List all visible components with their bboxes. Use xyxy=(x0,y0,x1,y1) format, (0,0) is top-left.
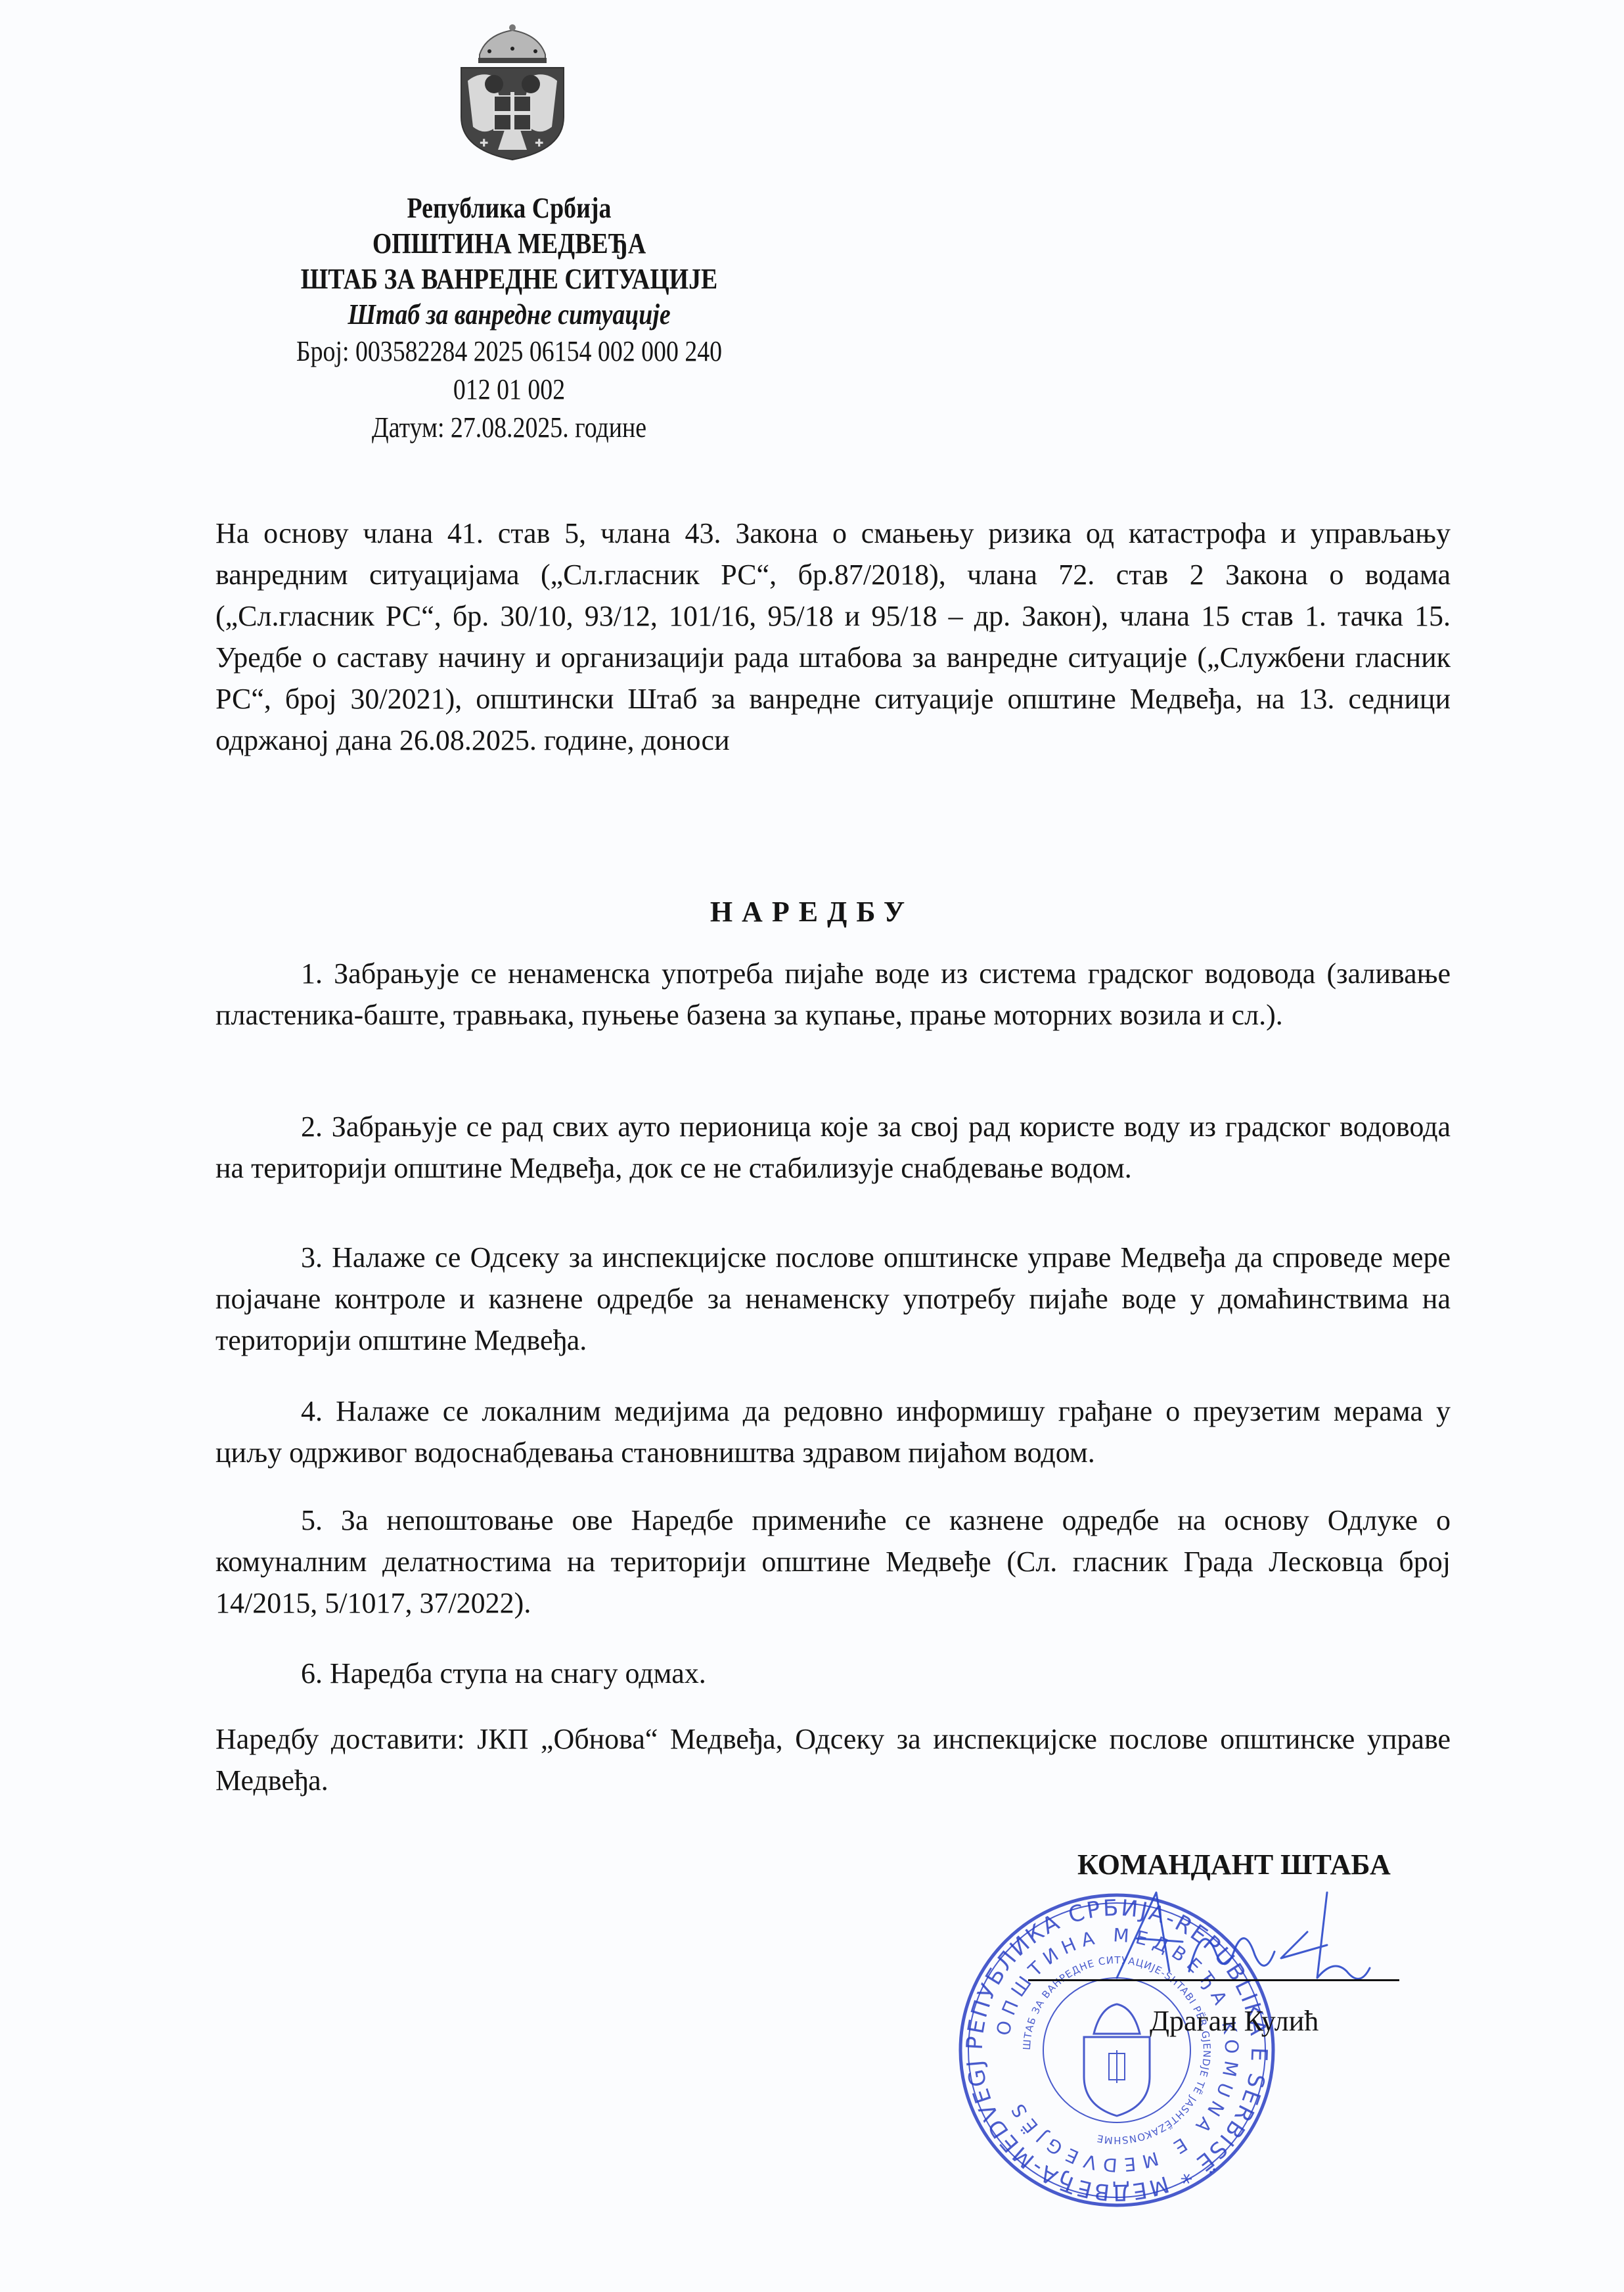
order-item: 4. Налаже се локалним медијима да редовн… xyxy=(215,1390,1451,1473)
header-body: ШТАБ ЗА ВАНРЕДНЕ СИТУАЦИЈЕ xyxy=(241,262,778,297)
header-body-italic: Штаб за ванредне ситуације xyxy=(241,297,778,332)
svg-text:ШТАБ ЗА ВАНРЕДНЕ СИТУАЦИЈЕ-SHT: ШТАБ ЗА ВАНРЕДНЕ СИТУАЦИЈЕ-SHTABI PËR GJ… xyxy=(1021,1954,1213,2146)
svg-text:✚: ✚ xyxy=(535,138,543,149)
order-item: 1. Забрањује се ненаменска употреба пија… xyxy=(215,953,1451,1036)
preamble: На основу члана 41. став 5, члана 43. За… xyxy=(215,513,1451,761)
document-date: Датум: 27.08.2025. године xyxy=(241,409,778,447)
order-item: 2. Забрањује се рад свих ауто перионица … xyxy=(215,1106,1451,1189)
order-item: 3. Налаже се Одсеку за инспекцијске посл… xyxy=(215,1237,1451,1361)
signatory-name: Драган Кулић xyxy=(1150,2004,1319,2038)
order-item: 5. За непоштовање ове Наредбе примениће … xyxy=(215,1500,1451,1624)
document-number-suffix: 012 01 002 xyxy=(241,371,778,409)
handwritten-signature-icon xyxy=(1110,1879,1406,1991)
signature-line xyxy=(1028,1979,1399,1981)
signature-title: КОМАНДАНТ ШТАБА xyxy=(1077,1848,1391,1881)
header-municipality: ОПШТИНА МЕДВЕЂА xyxy=(241,226,778,262)
order-title: НАРЕДБУ xyxy=(0,895,1624,928)
svg-text:РЕПУБЛИКА СРБИЈА-REPUBLIKA E S: РЕПУБЛИКА СРБИЈА-REPUBLIKA E SERBISË * М… xyxy=(953,1886,1272,2205)
official-stamp-icon: РЕПУБЛИКА СРБИЈА-REPUBLIKA E SERBISË * М… xyxy=(953,1886,1281,2214)
document-page: ✚ ✚ Република Србија ОПШТИНА МЕДВЕЂА ШТА… xyxy=(0,0,1624,2292)
svg-text:ОПШТИНА МЕДВЕЂА KOMUNA E MEDVE: ОПШТИНА МЕДВЕЂА KOMUNA E MEDVEGJËS xyxy=(992,1924,1242,2176)
delivery-note: Наредбу доставити: ЈКП „Обнова“ Медвеђа,… xyxy=(215,1718,1451,1801)
document-number: Број: 003582284 2025 06154 002 000 240 xyxy=(241,332,778,371)
svg-text:✚: ✚ xyxy=(480,138,488,149)
order-item: 6. Наредба ступа на снагу одмах. xyxy=(215,1653,1451,1694)
coat-of-arms-icon: ✚ ✚ xyxy=(453,18,572,163)
document-header: Република Србија ОПШТИНА МЕДВЕЂА ШТАБ ЗА… xyxy=(197,191,821,447)
header-country: Република Србија xyxy=(241,191,778,226)
